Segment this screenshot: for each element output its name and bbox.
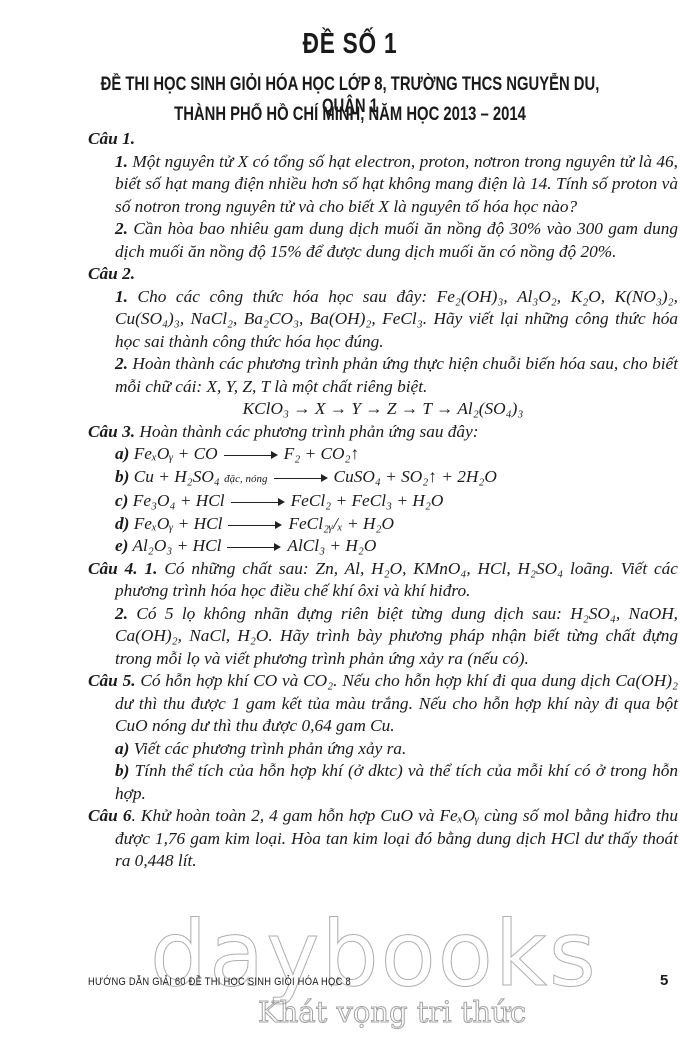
exam-number-heading: ĐỀ SỐ 1 — [77, 28, 623, 61]
equation-a: a) FeₓOᵧ + COF₂ + CO₂↑ — [88, 443, 678, 466]
reaction-arrow-icon — [224, 450, 278, 460]
watermark-slogan: Khát vọng tri thức — [258, 995, 526, 1029]
equation-e: e) Al₂O₃ + HClAlCl₃ + H₂O — [88, 535, 678, 558]
question-1-part-2: 2. Cần hòa bao nhiêu gam dung dịch muối … — [88, 218, 678, 263]
question-3: Câu 3. Hoàn thành các phương trình phản … — [88, 421, 678, 444]
question-5: Câu 5. Có hỗn hợp khí CO và CO₂. Nếu cho… — [88, 670, 678, 738]
question-1-label: Câu 1. — [88, 128, 678, 151]
question-6: Câu 6. Khử hoàn toàn 2, 4 gam hỗn hợp Cu… — [88, 805, 678, 873]
questions-body: Câu 1. 1. Một nguyên tử X có tổng số hạt… — [88, 128, 678, 873]
exam-subtitle-line2: THÀNH PHỐ HỒ CHÍ MINH, NĂM HỌC 2013 – 20… — [77, 104, 623, 126]
reaction-chain: KClO₃ → X → Y → Z → T → Al₂(SO₄)₃ — [88, 398, 678, 421]
question-4-part-2: 2. Có 5 lọ không nhãn đựng riên biệt từn… — [88, 603, 678, 671]
equation-b: b) Cu + H₂SO₄ đặc, nóngCuSO₄ + SO₂↑ + 2H… — [88, 466, 678, 491]
watermark-brand: daybooks — [150, 902, 598, 1007]
question-5-part-a: a) Viết các phương trình phản ứng xảy ra… — [88, 738, 678, 761]
question-5-part-b: b) Tính thể tích của hỗn hợp khí (ở dktc… — [88, 760, 678, 805]
equation-d: d) FeₓOᵧ + HClFeCl₂ᵧ/ₓ + H₂O — [88, 513, 678, 536]
page-number: 5 — [660, 972, 668, 989]
document-page: ĐỀ SỐ 1 ĐỀ THI HỌC SINH GIỎI HÓA HỌC LỚP… — [0, 0, 700, 1042]
question-2-part-2: 2. Hoàn thành các phương trình phản ứng … — [88, 353, 678, 398]
running-footer: HƯỚNG DẪN GIẢI 60 ĐỀ THI HỌC SINH GIỎI H… — [88, 976, 351, 988]
reaction-arrow-icon — [227, 542, 281, 552]
question-2-label: Câu 2. — [88, 263, 678, 286]
reaction-arrow-icon — [231, 497, 285, 507]
equation-c: c) Fe₃O₄ + HClFeCl₂ + FeCl₃ + H₂O — [88, 490, 678, 513]
question-4-part-1: Câu 4. 1. Có những chất sau: Zn, Al, H₂O… — [88, 558, 678, 603]
question-2-part-1: 1. Cho các công thức hóa học sau đây: Fe… — [88, 286, 678, 354]
reaction-arrow-icon — [274, 473, 328, 483]
question-1-part-1: 1. Một nguyên tử X có tổng số hạt electr… — [88, 151, 678, 219]
reaction-arrow-icon — [228, 520, 282, 530]
